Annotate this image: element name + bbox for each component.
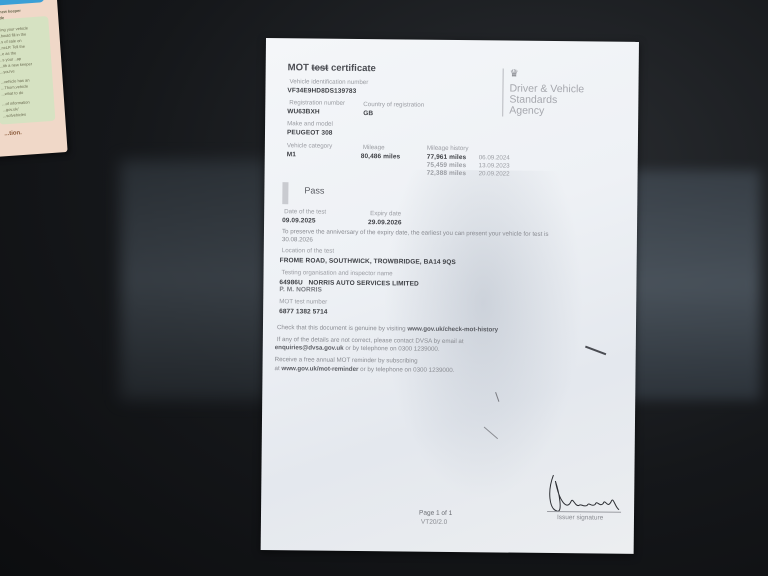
country-value: GB: [363, 110, 373, 117]
inspector-name: P. M. NORRIS: [279, 286, 322, 293]
earliest-test-date: 30.08.2026: [282, 236, 313, 243]
agency-name-line3: Agency: [509, 106, 544, 117]
registration-label: Registration number: [289, 99, 345, 107]
check-mot-history-link[interactable]: www.gov.uk/check-mot-history: [407, 325, 498, 333]
vin-value: VF34E9HD8DS139783: [287, 87, 356, 95]
check-genuine-text: Check that this document is genuine by v…: [277, 324, 498, 333]
vin-label: Vehicle identification number: [290, 78, 369, 86]
location-label: Location of the test: [282, 247, 334, 255]
vehicle-category-value: M1: [287, 151, 296, 158]
country-label: Country of registration: [363, 101, 424, 109]
reminder-prefix: at: [275, 365, 280, 372]
test-date-value: 09.09.2025: [282, 217, 316, 224]
pen-mark: [484, 427, 498, 439]
mileage-history-label: Mileage history: [427, 145, 469, 152]
pen-mark: [585, 346, 606, 355]
test-date-label: Date of the test: [284, 208, 326, 215]
mileage-history-miles: 77,961 miles: [427, 154, 467, 161]
certificate-title: MOT test certificate: [288, 62, 376, 74]
contact-email-link[interactable]: enquiries@dvsa.gov.uk: [275, 344, 344, 352]
reminder-text: Receive a free annual MOT reminder by su…: [275, 356, 418, 364]
leaflet-text: ...hew keeper: [0, 8, 21, 15]
location-value: FROME ROAD, SOUTHWICK, TROWBRIDGE, BA14 …: [280, 257, 456, 266]
royal-crest-icon: ♛: [510, 69, 519, 80]
result-indicator: [282, 182, 288, 204]
title-prefix: MOT: [288, 62, 309, 73]
hand-shadow: [381, 169, 584, 501]
title-struck-word: test: [311, 62, 328, 73]
page-number: Page 1 of 1: [419, 510, 452, 517]
reminder-phone-text: or by telephone on 0300 1239000.: [360, 366, 454, 374]
mileage-history-miles: 75,459 miles: [427, 162, 467, 169]
leaflet-footer: ...tion.: [4, 130, 22, 137]
test-number-value: 6877 1382 5714: [279, 308, 327, 316]
registration-value: WU63BXH: [287, 108, 320, 115]
mot-reminder-link[interactable]: www.gov.uk/mot-reminder: [281, 365, 358, 373]
anniversary-note: To preserve the anniversary of the expir…: [282, 228, 549, 238]
test-number-label: MOT test number: [279, 298, 327, 306]
title-suffix: certificate: [331, 63, 376, 74]
reminder-line: at www.gov.uk/mot-reminder or by telepho…: [275, 365, 455, 374]
mileage-history-miles: 72,388 miles: [427, 170, 467, 177]
contact-line: enquiries@dvsa.gov.uk or by telephone on…: [275, 344, 440, 353]
leaflet-text: ...de: [0, 15, 4, 21]
leaflet-banner: [0, 0, 45, 6]
check-text: Check that this document is genuine by v…: [277, 324, 406, 332]
testing-org-label: Testing organisation and inspector name: [282, 269, 393, 277]
testing-org-name: NORRIS AUTO SERVICES LIMITED: [308, 279, 418, 287]
pen-mark: [495, 392, 499, 402]
mileage-history-date: 13.09.2023: [479, 162, 510, 169]
mileage-label: Mileage: [363, 144, 385, 151]
vehicle-category-label: Vehicle category: [287, 142, 332, 149]
contact-phone-text: or by telephone on 0300 1239000.: [345, 345, 439, 353]
form-code: VT20/2.0: [421, 519, 447, 526]
expiry-date-label: Expiry date: [370, 210, 401, 217]
mileage-history-date: 20.09.2022: [479, 170, 510, 177]
make-model-value: PEUGEOT 308: [287, 129, 333, 136]
make-model-label: Make and model: [287, 120, 333, 127]
mot-certificate: MOT test certificate ♛ Driver & Vehicle …: [261, 38, 639, 554]
mileage-value: 80,486 miles: [361, 153, 401, 160]
leaflet: ...hew keeper ...de ...ing your vehicle …: [0, 0, 68, 158]
mileage-history-date: 06.09.2024: [479, 154, 510, 161]
signature-label: Issuer signature: [557, 514, 603, 521]
expiry-date-value: 29.09.2026: [368, 219, 402, 226]
test-result: Pass: [304, 185, 324, 195]
leaflet-text: ...you've: [0, 68, 15, 74]
table-reflection: [120, 160, 270, 400]
logo-divider: [502, 68, 504, 116]
